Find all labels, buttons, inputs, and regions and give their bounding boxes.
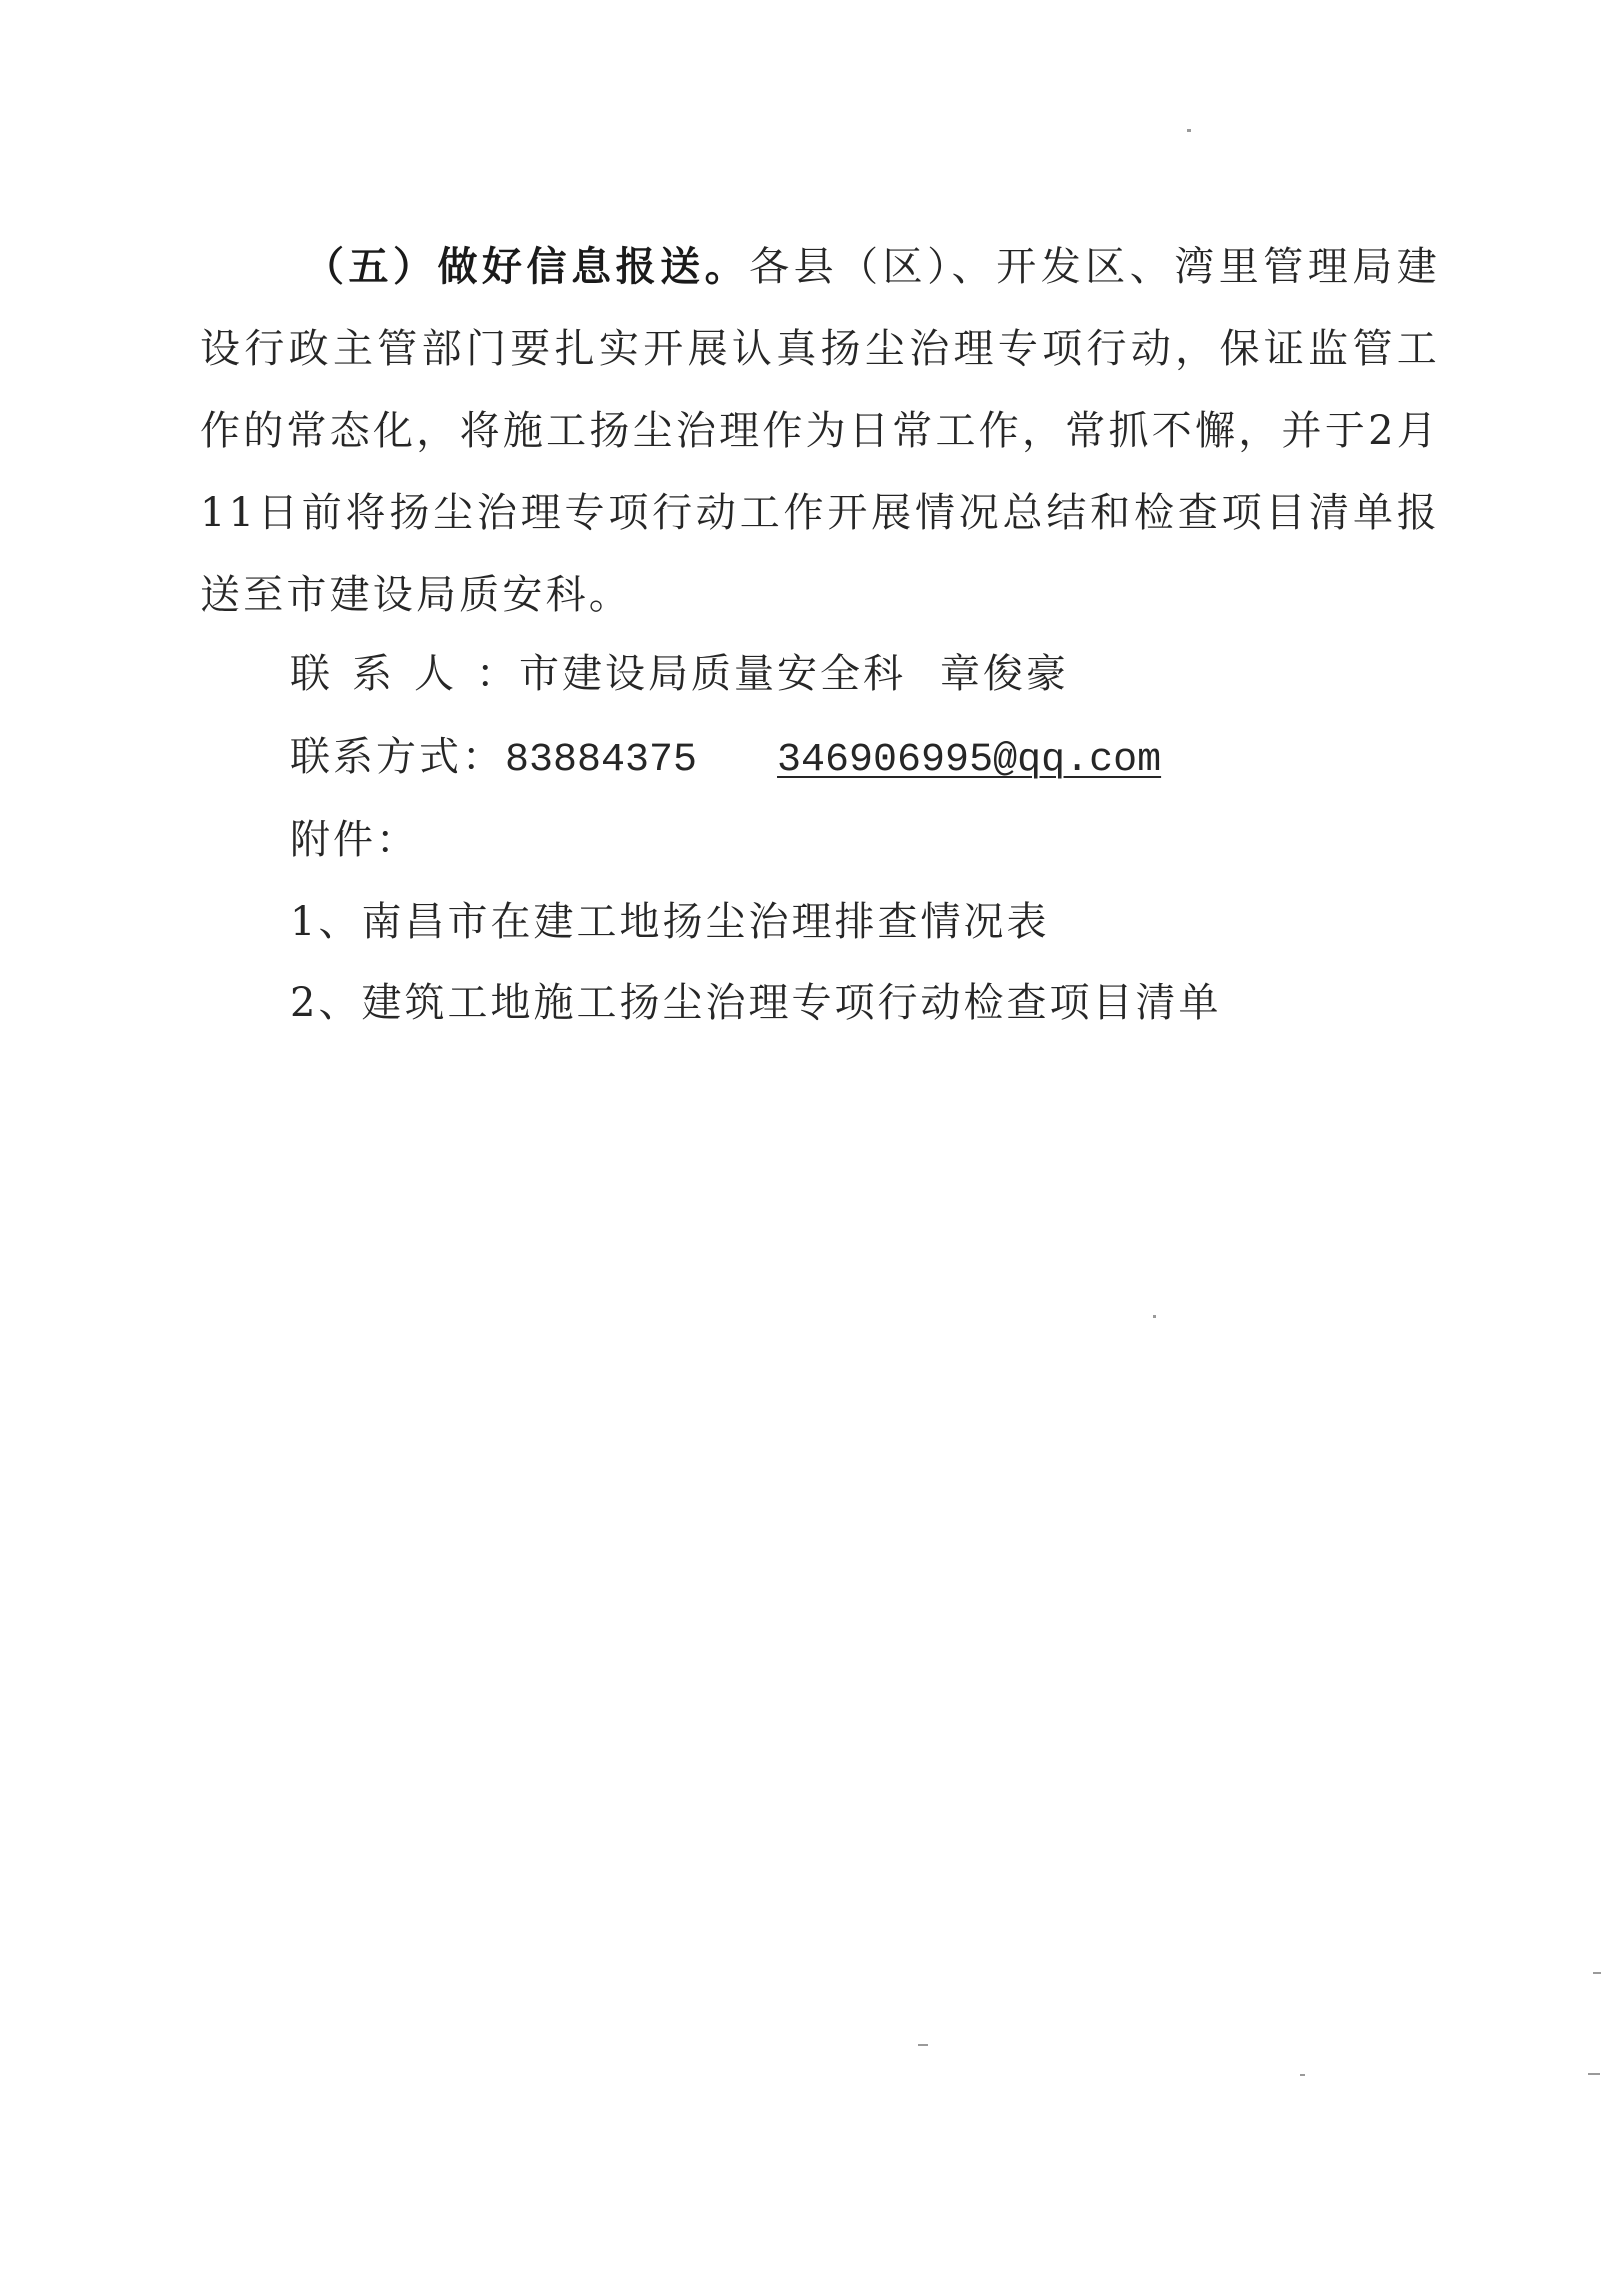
- scan-speck: [918, 2044, 928, 2046]
- colon: ：: [462, 734, 505, 780]
- colon: ：: [476, 651, 519, 697]
- scan-speck: [1593, 1972, 1601, 1974]
- attachment-item-2: 2、建筑工地施工扬尘治理专项行动检查项目清单: [290, 979, 1221, 1027]
- scan-speck: [1187, 129, 1191, 132]
- contact-email-link[interactable]: 346906995@qq.com: [777, 738, 1161, 783]
- paragraph-body: 各县（区）、开发区、湾里管理局建设行政主管部门要扎实开展认真扬尘治理专项行动，保…: [200, 244, 1440, 618]
- contact-method-label: 联系方式: [290, 734, 462, 780]
- scan-speck: [1588, 2073, 1600, 2075]
- info-reporting-paragraph: （五）做好信息报送。各县（区）、开发区、湾里管理局建设行政主管部门要扎实开展认真…: [200, 226, 1440, 636]
- document-page: （五）做好信息报送。各县（区）、开发区、湾里管理局建设行政主管部门要扎实开展认真…: [0, 0, 1621, 2292]
- scan-speck: [1300, 2074, 1305, 2076]
- attachment-item-1: 1、南昌市在建工地扬尘治理排查情况表: [290, 898, 1049, 946]
- contact-person-line: 联系人：市建设局质量安全科章俊豪: [290, 650, 1069, 698]
- scan-speck: [1153, 1315, 1156, 1318]
- contact-method-line: 联系方式：83884375346906995@qq.com: [290, 733, 1161, 785]
- contact-name: 章俊豪: [940, 651, 1069, 697]
- contact-phone: 83884375: [505, 738, 697, 783]
- section-heading: （五）做好信息报送。: [304, 243, 749, 290]
- contact-person-label: 联系人: [290, 651, 476, 697]
- attachments-label: 附件：: [290, 816, 419, 864]
- contact-department: 市建设局质量安全科: [519, 651, 906, 697]
